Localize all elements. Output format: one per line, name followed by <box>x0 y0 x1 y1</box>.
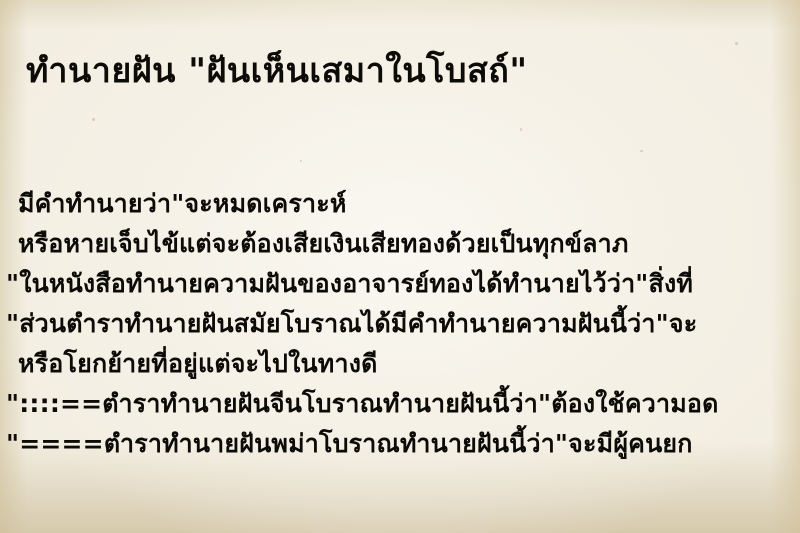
paper-speck <box>300 160 302 162</box>
parchment-page: ทำนายฝัน "ฝันเห็นเสมาในโบสถ์" มีคำทำนายว… <box>0 0 800 533</box>
text-line: มีคำทำนายว่า"จะหมดเคราะห์ <box>18 184 347 224</box>
paper-speck <box>640 150 643 152</box>
text-line: "====ตำราทำนายฝันพม่าโบราณทำนายฝันนี้ว่า… <box>6 424 693 464</box>
text-line: "ส่วนตำราทำนายฝันสมัยโบราณได้มีคำทำนายคว… <box>6 304 697 344</box>
paper-speck <box>92 118 95 121</box>
paper-speck <box>520 128 522 131</box>
page-title: ทำนายฝัน "ฝันเห็นเสมาในโบสถ์" <box>26 41 528 101</box>
text-line: "ในหนังสือทำนายความฝันของอาจารย์ทองได้ทำ… <box>6 264 693 304</box>
text-line: "::::==ตำราทำนายฝันจีนโบราณทำนายฝันนี้ว่… <box>6 384 719 424</box>
text-line: หรือโยกย้ายที่อยู่แต่จะไปในทางดี <box>18 344 378 384</box>
text-line: หรือหายเจ็บไข้แต่จะต้องเสียเงินเสียทองด้… <box>18 224 629 264</box>
paper-speck <box>735 42 738 45</box>
